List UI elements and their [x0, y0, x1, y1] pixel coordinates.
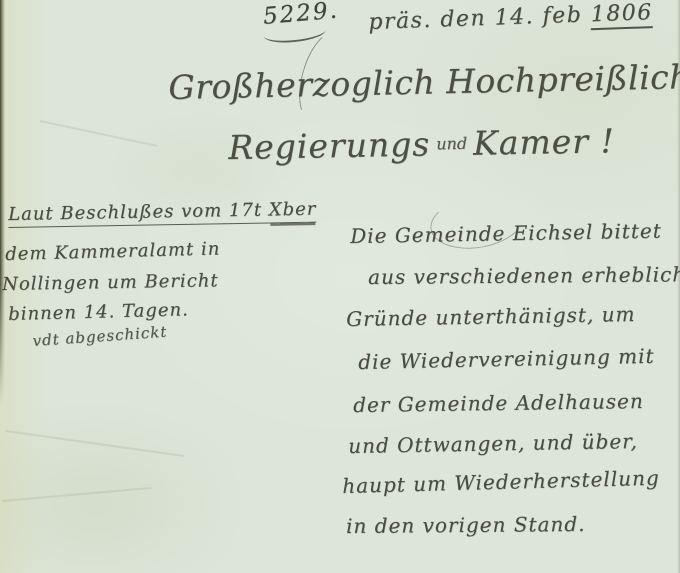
paper-crease	[6, 430, 184, 457]
paper-crease	[40, 120, 158, 146]
presentation-note: präs. den 14. feb 1806	[368, 0, 653, 35]
body-line-7: haupt um Wiederherstellung	[342, 466, 660, 498]
body-line-6: und Ottwangen, und über,	[348, 429, 638, 458]
body-line-3: Gründe unterthänigst, um	[346, 302, 636, 331]
margin-note-decree-text: Laut Beschlußes vom 17t	[8, 199, 269, 228]
body-line-2: aus verschiedenen erheblichen	[368, 262, 680, 289]
paper-crease	[2, 487, 152, 502]
letterhead-word-kamer: Kamer !	[473, 121, 615, 162]
letterhead-word-und: und	[430, 134, 473, 154]
body-line-4: die Wiedervereinigung mit	[358, 344, 655, 374]
margin-note-line-1: Laut Beschlußes vom 17t Xber	[8, 199, 317, 225]
body-line-5: der Gemeinde Adelhausen	[353, 389, 644, 417]
margin-note-line-4: binnen 14. Tagen.	[8, 299, 189, 325]
scan-edge-left	[0, 0, 5, 405]
margin-note-line-2: dem Kammeralamt in	[5, 238, 221, 265]
presentation-year: 1806	[590, 0, 653, 30]
presentation-date: präs. den 14. feb	[368, 2, 591, 35]
body-line-8: in den vorigen Stand.	[346, 512, 586, 538]
body-line-1: Die Gemeinde Eichsel bittet	[350, 219, 662, 248]
margin-note-line-3: Nollingen um Bericht	[2, 270, 219, 295]
manuscript-page: 5229. präs. den 14. feb 1806 Großherzogl…	[0, 0, 680, 573]
letterhead-title-line1: Großherzoglich Hochpreißliche	[168, 57, 680, 107]
margin-note-expedition: vdt abgeschickt	[32, 323, 168, 350]
letterhead-word-regierungs: Regierungs	[228, 124, 431, 167]
margin-note-month: Xber	[269, 199, 317, 224]
letterhead-title-line2: RegierungsundKamer !	[228, 121, 615, 167]
doc-number: 5229.	[262, 0, 340, 30]
